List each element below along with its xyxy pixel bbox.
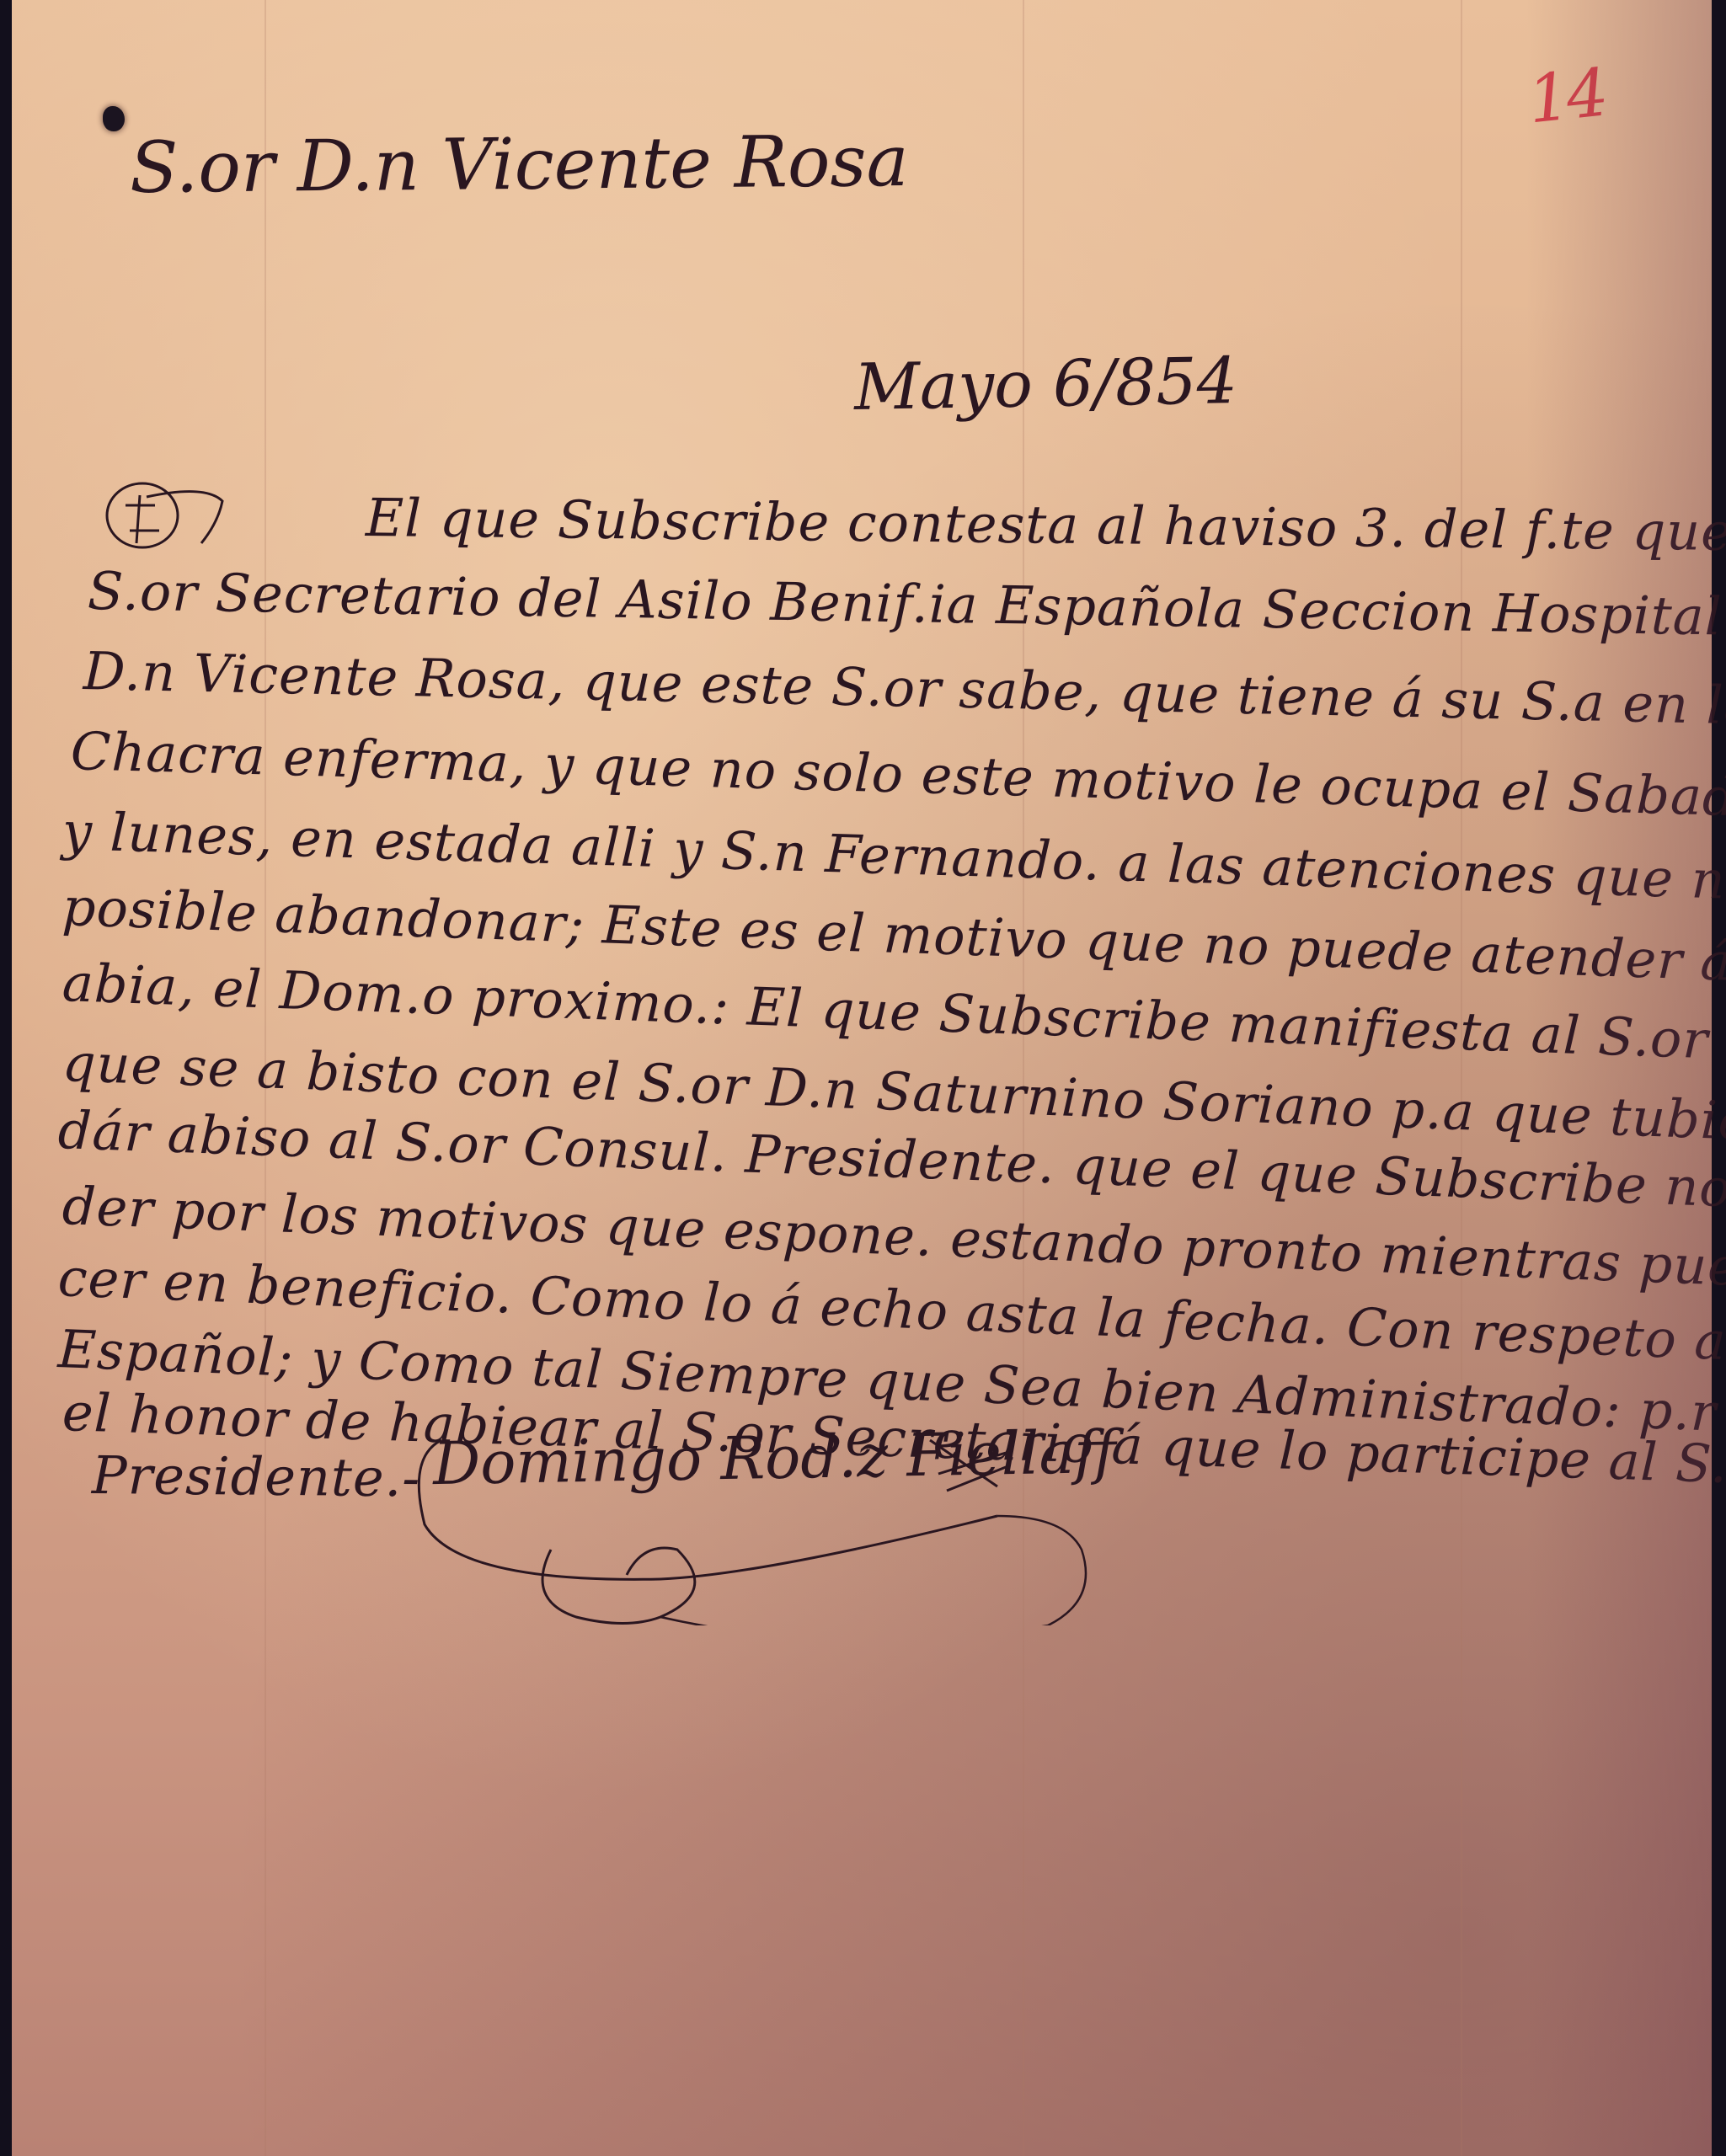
letter-body-line: S.or Secretario del Asilo Benif.ia Españ…: [87, 560, 1726, 648]
paper-hole-damage: [103, 106, 125, 131]
letter-date: Mayo 6/854: [853, 343, 1237, 424]
letter-body-line: El que Subscribe contesta al haviso 3. d…: [366, 487, 1726, 563]
signature-name: Domingo Rod.z Fiellaff: [432, 1417, 1116, 1498]
signature-block: Domingo Rod.z Fiellaff: [408, 1406, 1132, 1625]
letter-page: 14 S.or D.n Vicente Rosa Mayo 6/854 El q…: [12, 0, 1712, 2156]
archive-folio-number: 14: [1525, 55, 1609, 138]
salutation-flourish-icon: [96, 472, 231, 564]
letter-body-line: D.n Vicente Rosa, que este S.or sabe, qu…: [83, 640, 1726, 737]
scanned-document: 14 S.or D.n Vicente Rosa Mayo 6/854 El q…: [0, 0, 1726, 2156]
letter-body-line: Presidente.-: [92, 1444, 421, 1508]
paper-fold-line: [1461, 0, 1462, 2156]
addressee-line: S.or D.n Vicente Rosa: [130, 120, 909, 209]
